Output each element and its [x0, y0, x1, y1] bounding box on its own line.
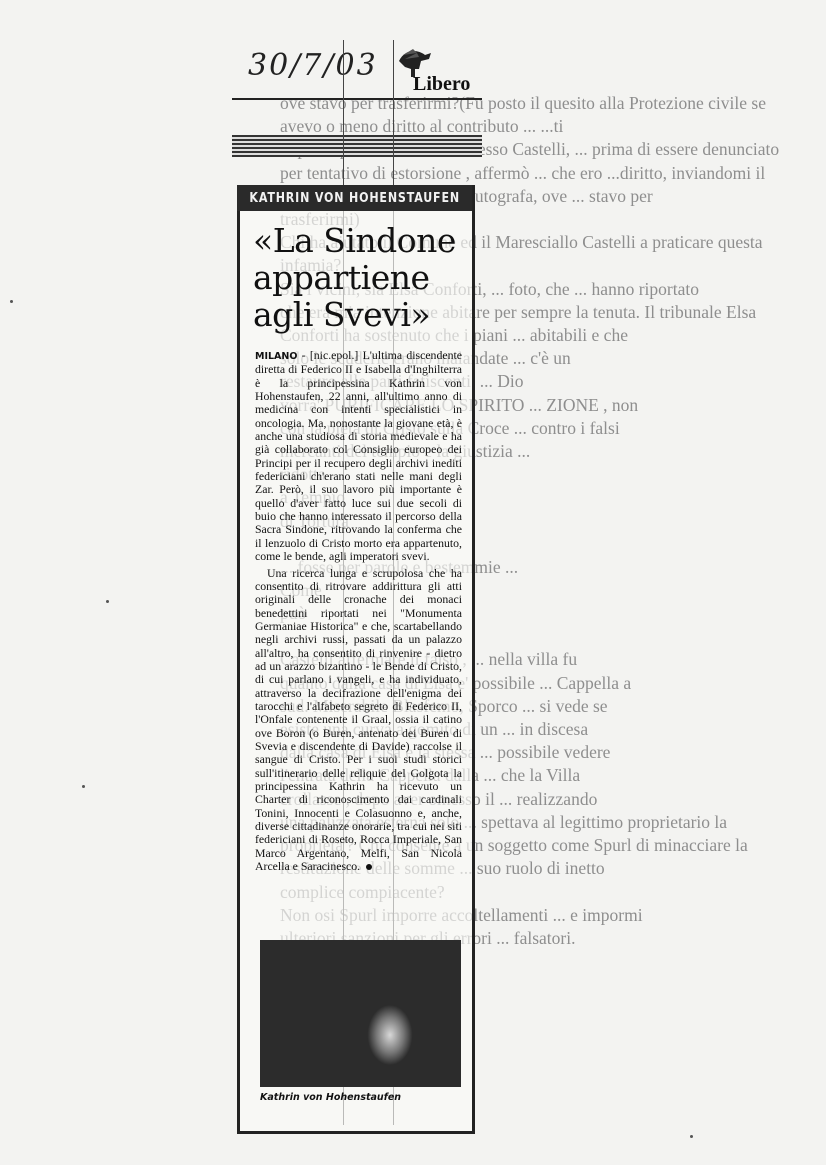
article-paragraph: Una ricerca lunga e scrupolosa che ha co… — [255, 567, 462, 874]
background-line: ove stavo per trasferirmi?(Fu posto il q… — [280, 92, 810, 115]
paragraph-text: Una ricerca lunga e scrupolosa che ha co… — [255, 566, 462, 874]
article-headline: «La Sindone appartiene agli Svevi» — [253, 222, 468, 333]
background-line: per tentativo di estorsione , affermò ..… — [280, 162, 810, 185]
article-body: MILANO - [nic.epol.] L'ultima discendent… — [255, 349, 462, 873]
article-kicker: KATHRIN VON HOHENSTAUFEN — [237, 185, 472, 211]
paragraph-text: L'ultima discendente diretta di Federico… — [255, 348, 462, 563]
header-rules — [232, 135, 482, 157]
article-paragraph: MILANO - [nic.epol.] L'ultima discendent… — [255, 349, 462, 564]
masthead: Libero — [395, 47, 475, 95]
top-rule — [232, 98, 482, 100]
dateline: MILANO — [255, 351, 297, 362]
handwritten-date: 30/7/03 — [248, 48, 378, 83]
end-mark-icon — [366, 864, 372, 870]
paper-speck — [82, 785, 85, 788]
headline-line: appartiene — [253, 259, 468, 296]
headline-line: agli Svevi» — [253, 296, 468, 333]
headline-line: «La Sindone — [253, 222, 468, 259]
paper-speck — [10, 300, 13, 303]
byline: [nic.epol.] — [310, 348, 358, 362]
masthead-title: Libero — [413, 73, 470, 96]
portrait-photo — [260, 940, 461, 1087]
photo-caption: Kathrin von Hohenstaufen — [260, 1092, 401, 1103]
paper-speck — [690, 1135, 693, 1138]
paper-speck — [106, 600, 109, 603]
